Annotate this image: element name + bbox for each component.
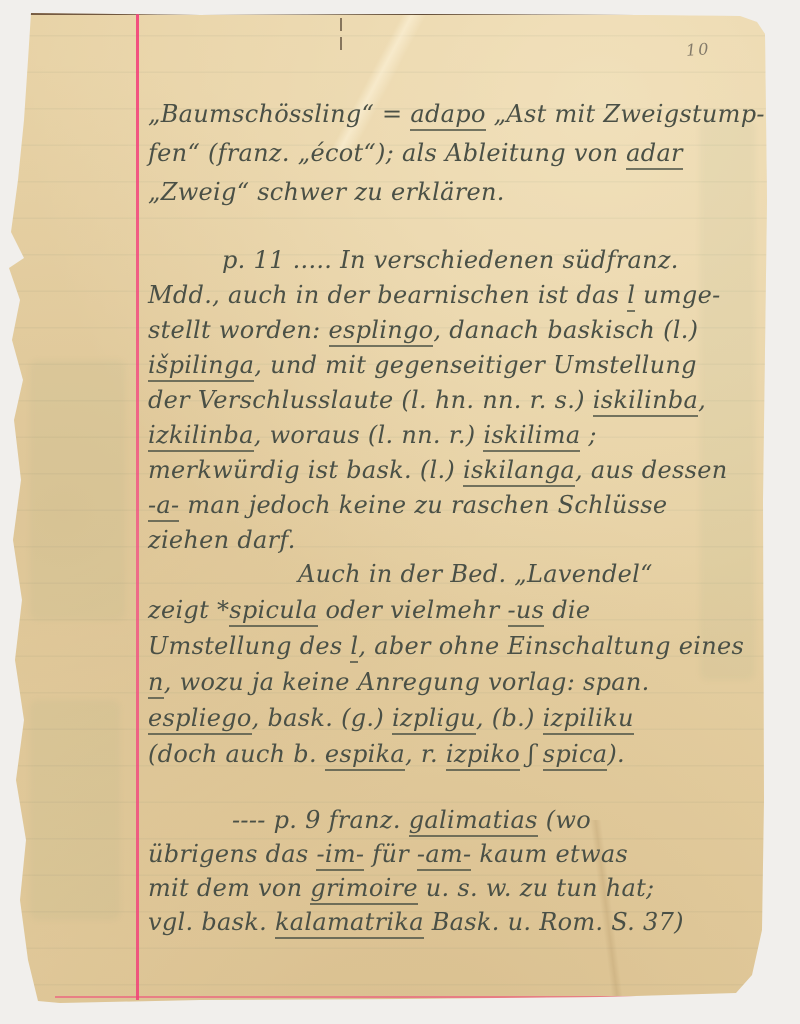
underlined-word: iskilima: [483, 421, 580, 452]
text-segment: ).: [607, 740, 625, 768]
underlined-word: izpligu: [392, 704, 476, 735]
handwritten-line: mit dem von grimoire u. s. w. zu tun hat…: [148, 874, 684, 908]
text-segment: p. 11 ..... In verschiedenen südfranz.: [222, 246, 679, 274]
handwritten-line: fen“ (franz. „écot“); als Ableitung von …: [148, 139, 765, 178]
text-segment: merkwürdig ist bask. (l.): [148, 456, 463, 484]
handwritten-line: ziehen darf.: [148, 526, 727, 561]
underlined-word: espika: [325, 740, 405, 771]
scan-background: 10 „Baumschössling“ = adapo „Ast mit Zwe…: [0, 0, 800, 1024]
handwritten-line: Umstellung des l, aber ohne Einschaltung…: [148, 632, 744, 668]
handwritten-line: Mdd., auch in der bearnischen ist das l …: [148, 281, 727, 316]
handwritten-line: espliego, bask. (g.) izpligu, (b.) izpil…: [148, 704, 744, 740]
text-segment: ʃ: [520, 740, 543, 768]
paper-sheet: 10 „Baumschössling“ = adapo „Ast mit Zwe…: [0, 0, 800, 1024]
text-segment: man jedoch keine zu raschen Schlüsse: [179, 491, 667, 519]
text-segment: umge-: [635, 281, 720, 309]
handwritten-line: stellt worden: esplingo, danach baskisch…: [148, 316, 727, 351]
underlined-word: galimatias: [409, 806, 538, 837]
text-segment: , (b.): [476, 704, 543, 732]
text-segment: Bask. u. Rom. S. 37): [424, 908, 684, 936]
underlined-word: kalamatrika: [275, 908, 424, 939]
text-segment: für: [364, 840, 417, 868]
handwritten-line: (doch auch b. espika, r. izpiko ʃ spica)…: [148, 740, 744, 776]
handwritten-line: n, wozu ja keine Anregung vorlag: span.: [148, 668, 744, 704]
text-segment: ziehen darf.: [148, 526, 296, 554]
text-segment: ---- p. 9 franz.: [232, 806, 409, 834]
handwritten-line: „Baumschössling“ = adapo „Ast mit Zweigs…: [148, 100, 765, 139]
text-segment: , wozu ja keine Anregung vorlag: span.: [164, 668, 650, 696]
text-segment: die: [544, 596, 590, 624]
underlined-word: n: [148, 668, 164, 699]
bottom-red-line: [55, 996, 730, 998]
underlined-word: izpiko: [446, 740, 520, 771]
underlined-word: adar: [626, 139, 683, 170]
text-segment: u. s. w. zu tun hat;: [418, 874, 655, 902]
ink-bleed-through: [30, 360, 125, 620]
underlined-word: esplingo: [329, 316, 434, 347]
text-segment: kaum etwas: [471, 840, 628, 868]
underlined-word: spica: [543, 740, 608, 771]
handwritten-line: išpilinga, und mit gegenseitiger Umstell…: [148, 351, 727, 386]
text-segment: , aber ohne Einschaltung eines: [358, 632, 744, 660]
text-segment: ;: [580, 421, 596, 449]
text-segment: Auch in der Bed. „Lavendel“: [298, 560, 653, 588]
handwritten-line: Auch in der Bed. „Lavendel“: [148, 560, 744, 596]
text-segment: zeigt *: [148, 596, 229, 624]
text-segment: vgl. bask.: [148, 908, 275, 936]
text-segment: (wo: [538, 806, 591, 834]
ink-bleed-through: [30, 700, 120, 920]
text-segment: der Verschlusslaute (l. hn. nn. r. s.): [148, 386, 593, 414]
underlined-word: išpilinga: [148, 351, 254, 382]
underlined-word: iskilanga: [463, 456, 575, 487]
handwritten-line: merkwürdig ist bask. (l.) iskilanga, aus…: [148, 456, 727, 491]
page-number: 10: [685, 39, 711, 60]
text-segment: , woraus (l. nn. r.): [254, 421, 484, 449]
text-segment: ,: [698, 386, 706, 414]
handwritten-line: ---- p. 9 franz. galimatias (wo: [148, 806, 684, 840]
text-segment: mit dem von: [148, 874, 310, 902]
text-segment: Mdd., auch in der bearnischen ist das: [148, 281, 627, 309]
underlined-word: -im-: [316, 840, 364, 871]
pencil-tick-marks: [340, 16, 358, 30]
text-segment: , und mit gegenseitiger Umstellung: [254, 351, 697, 379]
text-segment: , aus dessen: [575, 456, 727, 484]
underlined-word: -a-: [148, 491, 179, 522]
text-segment: oder vielmehr: [318, 596, 508, 624]
underlined-word: -us: [508, 596, 545, 627]
red-margin-line: [136, 14, 139, 1000]
text-segment: übrigens das: [148, 840, 316, 868]
paragraph-3: Auch in der Bed. „Lavendel“ zeigt *spicu…: [148, 560, 744, 776]
underlined-word: izkilinba: [148, 421, 254, 452]
underlined-word: espliego: [148, 704, 252, 735]
underlined-word: grimoire: [310, 874, 417, 905]
paragraph-1: „Baumschössling“ = adapo „Ast mit Zweigs…: [148, 100, 765, 217]
text-segment: „Ast mit Zweigstump-: [486, 100, 765, 128]
handwritten-line: -a- man jedoch keine zu raschen Schlüsse: [148, 491, 727, 526]
text-segment: „Zweig“ schwer zu erklären.: [148, 178, 505, 206]
handwritten-line: p. 11 ..... In verschiedenen südfranz.: [148, 246, 727, 281]
underlined-word: iskilinba: [593, 386, 698, 417]
text-segment: fen“ (franz. „écot“); als Ableitung von: [148, 139, 626, 167]
handwritten-line: der Verschlusslaute (l. hn. nn. r. s.) i…: [148, 386, 727, 421]
paragraph-2: p. 11 ..... In verschiedenen südfranz. M…: [148, 246, 727, 561]
underlined-word: spicula: [229, 596, 317, 627]
text-segment: (doch auch b.: [148, 740, 325, 768]
handwritten-line: vgl. bask. kalamatrika Bask. u. Rom. S. …: [148, 908, 684, 942]
handwritten-line: zeigt *spicula oder vielmehr -us die: [148, 596, 744, 632]
text-segment: stellt worden:: [148, 316, 329, 344]
underlined-word: adapo: [410, 100, 485, 131]
text-segment: , r.: [405, 740, 446, 768]
underlined-word: -am-: [417, 840, 472, 871]
text-segment: Umstellung des: [148, 632, 350, 660]
handwritten-line: „Zweig“ schwer zu erklären.: [148, 178, 765, 217]
paragraph-4: ---- p. 9 franz. galimatias (wo übrigens…: [148, 806, 684, 942]
underlined-word: izpiliku: [543, 704, 634, 735]
handwritten-line: übrigens das -im- für -am- kaum etwas: [148, 840, 684, 874]
handwritten-line: izkilinba, woraus (l. nn. r.) iskilima ;: [148, 421, 727, 456]
text-segment: , danach baskisch (l.): [433, 316, 698, 344]
text-segment: „Baumschössling“ =: [148, 100, 410, 128]
underlined-word: l: [627, 281, 635, 312]
text-segment: , bask. (g.): [252, 704, 392, 732]
